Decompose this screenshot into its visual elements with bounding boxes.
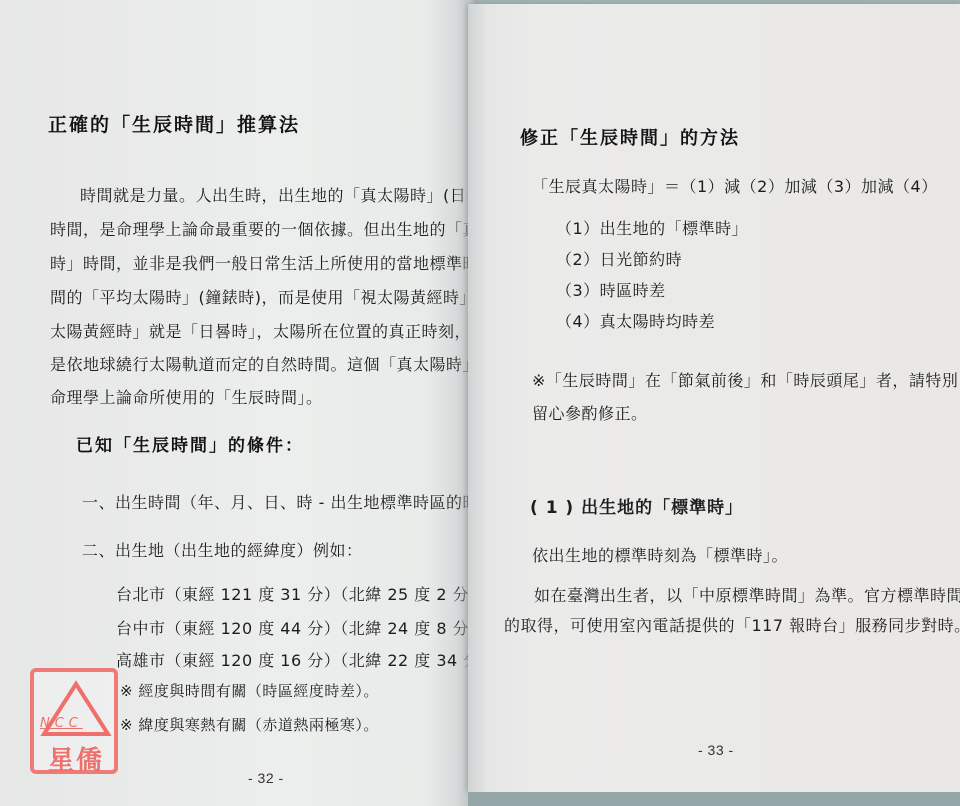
watermark-latin: NCC — [40, 716, 83, 731]
section-title: ( 1 ) 出生地的「標準時」 — [530, 493, 743, 518]
page-number: - 33 - — [698, 742, 734, 758]
section-line: 的取得，可使用室內電話提供的「117 報時台」服務同步對時。 — [504, 613, 960, 636]
paragraph-line: 命理學上論命所使用的「生辰時間」。 — [50, 385, 323, 408]
section-subtitle: 已知「生辰時間」的條件： — [76, 431, 304, 456]
note-item: ※ 緯度與寒熱有關（赤道熱兩極寒）。 — [120, 714, 379, 735]
table-surface — [468, 792, 960, 806]
formula: 「生辰真太陽時」＝（1）減（2）加減（3）加減（4） — [532, 174, 938, 197]
paragraph-line: 是依地球繞行太陽軌道而定的自然時間。這個「真太陽時」才是 — [50, 352, 470, 375]
paragraph-line: 太陽黃經時」就是「日晷時」，太陽所在位置的真正時刻，也就 — [50, 319, 470, 342]
watermark-stamp: NCC 星僑 — [30, 668, 118, 774]
paragraph-line: 時間就是力量。人出生時，出生地的「真太陽時」(日晷時 — [80, 183, 470, 206]
note-item: ※ 經度與時間有關（時區經度時差）。 — [120, 680, 379, 701]
note-line: 留心參酌修正。 — [532, 401, 648, 424]
method-item: （1）出生地的「標準時」 — [556, 216, 748, 239]
paragraph-line: 間的「平均太陽時」(鐘錶時)，而是使用「視太陽黃經時」。「視 — [50, 285, 470, 308]
method-item: （2）日光節約時 — [556, 247, 682, 270]
method-item: （3）時區時差 — [556, 278, 666, 301]
condition-item: 一、出生時間（年、月、日、時 - 出生地標準時區的時間） — [82, 490, 470, 513]
section-line: 如在臺灣出生者，以「中原標準時間」為準。官方標準時間 — [534, 583, 960, 606]
city-coordinates: 台中市（東經 120 度 44 分）（北緯 24 度 8 分） — [116, 616, 470, 639]
paragraph-line: 時」時間，並非是我們一般日常生活上所使用的當地標準時區時 — [50, 251, 470, 274]
section-line: 依出生地的標準時刻為「標準時」。 — [532, 543, 788, 566]
page-number: - 32 - — [248, 770, 284, 786]
condition-item: 二、出生地（出生地的經緯度）例如： — [82, 538, 363, 561]
paragraph-line: 時間，是命理學上論命最重要的一個依據。但出生地的「真太陽 — [50, 217, 470, 240]
method-item: （4）真太陽時均時差 — [556, 309, 715, 332]
right-page: 修正「生辰時間」的方法 「生辰真太陽時」＝（1）減（2）加減（3）加減（4） （… — [468, 4, 960, 792]
page-title: 修正「生辰時間」的方法 — [520, 124, 740, 150]
city-coordinates: 台北市（東經 121 度 31 分）（北緯 25 度 2 分） — [116, 582, 470, 605]
city-coordinates: 高雄市（東經 120 度 16 分）（北緯 22 度 34 分） — [116, 648, 470, 671]
note-line: ※「生辰時間」在「節氣前後」和「時辰頭尾」者，請特別 — [532, 368, 958, 391]
watermark-cjk: 星僑 — [38, 740, 114, 777]
